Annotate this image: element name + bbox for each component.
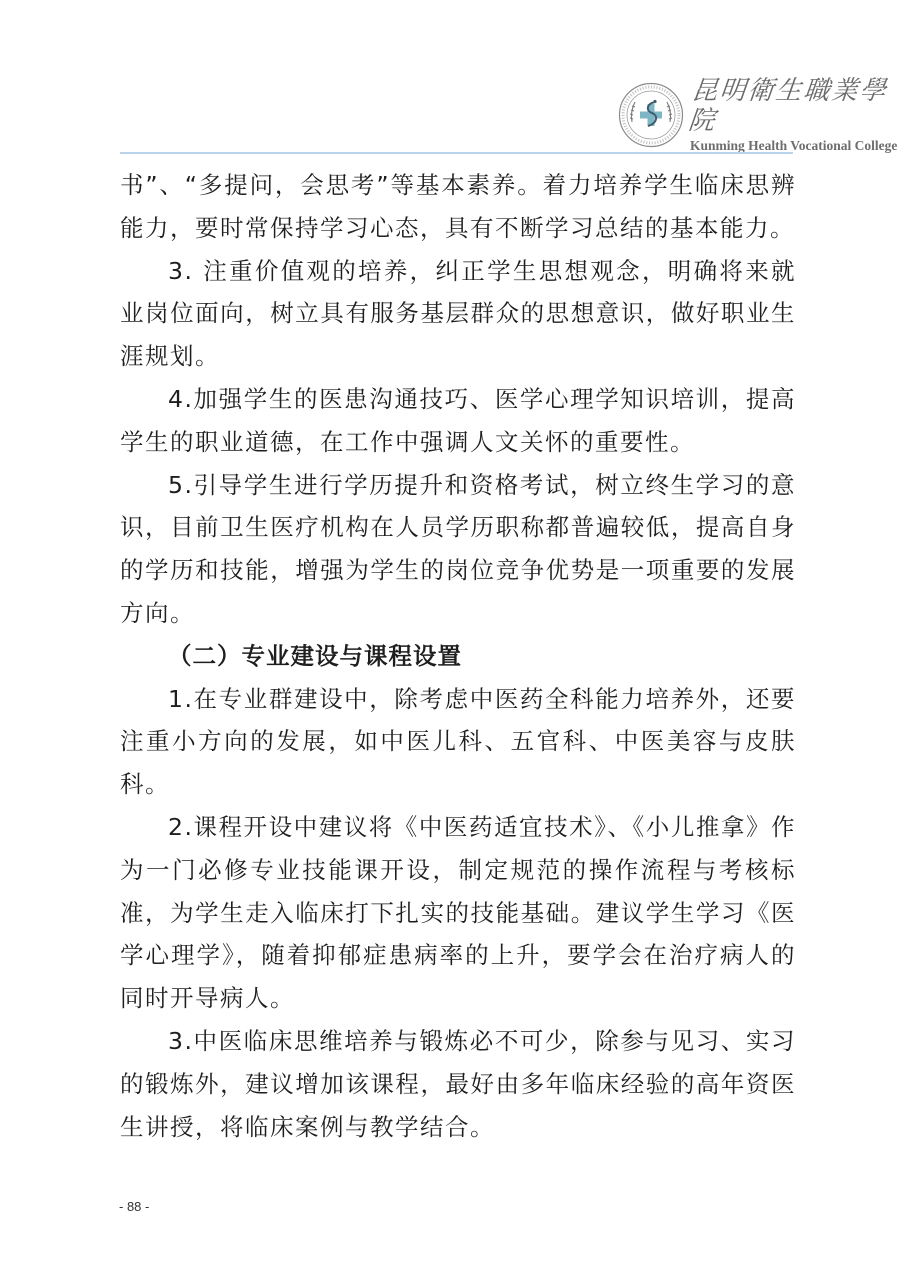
list-item: 1.在专业群建设中，除考虑中医药全科能力培养外，还要注重小方向的发展，如中医儿科…: [120, 678, 796, 806]
college-logo: 昆明衛生職業學院 Kunming Health Vocational Colle…: [618, 76, 905, 154]
list-item: 4.加强学生的医患沟通技巧、医学心理学知识培训，提高学生的职业道德，在工作中强调…: [120, 378, 796, 464]
college-name-chinese: 昆明衛生職業學院: [687, 76, 905, 136]
paragraph-continuation: 书”、“多提问，会思考”等基本素养。着力培养学生临床思辨能力，要时常保持学习心态…: [120, 164, 796, 250]
list-item: 3. 注重价值观的培养，纠正学生思想观念，明确将来就业岗位面向，树立具有服务基层…: [120, 250, 796, 378]
document-body: 书”、“多提问，会思考”等基本素养。着力培养学生临床思辨能力，要时常保持学习心态…: [120, 164, 796, 1148]
header-divider: [120, 152, 793, 154]
list-item: 2.课程开设中建议将《中医药适宜技术》、《小儿推拿》作为一门必修专业技能课开设，…: [120, 806, 796, 1020]
list-item: 3.中医临床思维培养与锻炼必不可少，除参与见习、实习的锻炼外，建议增加该课程，最…: [120, 1020, 796, 1148]
college-emblem-icon: [618, 82, 684, 148]
page-header: 昆明衛生職業學院 Kunming Health Vocational Colle…: [0, 0, 905, 160]
section-heading: （二）专业建设与课程设置: [120, 635, 796, 678]
list-item: 5.引导学生进行学历提升和资格考试，树立终生学习的意识，目前卫生医疗机构在人员学…: [120, 464, 796, 635]
page-number: - 88 -: [119, 1199, 149, 1214]
college-brand: 昆明衛生職業學院 Kunming Health Vocational Colle…: [690, 76, 905, 154]
